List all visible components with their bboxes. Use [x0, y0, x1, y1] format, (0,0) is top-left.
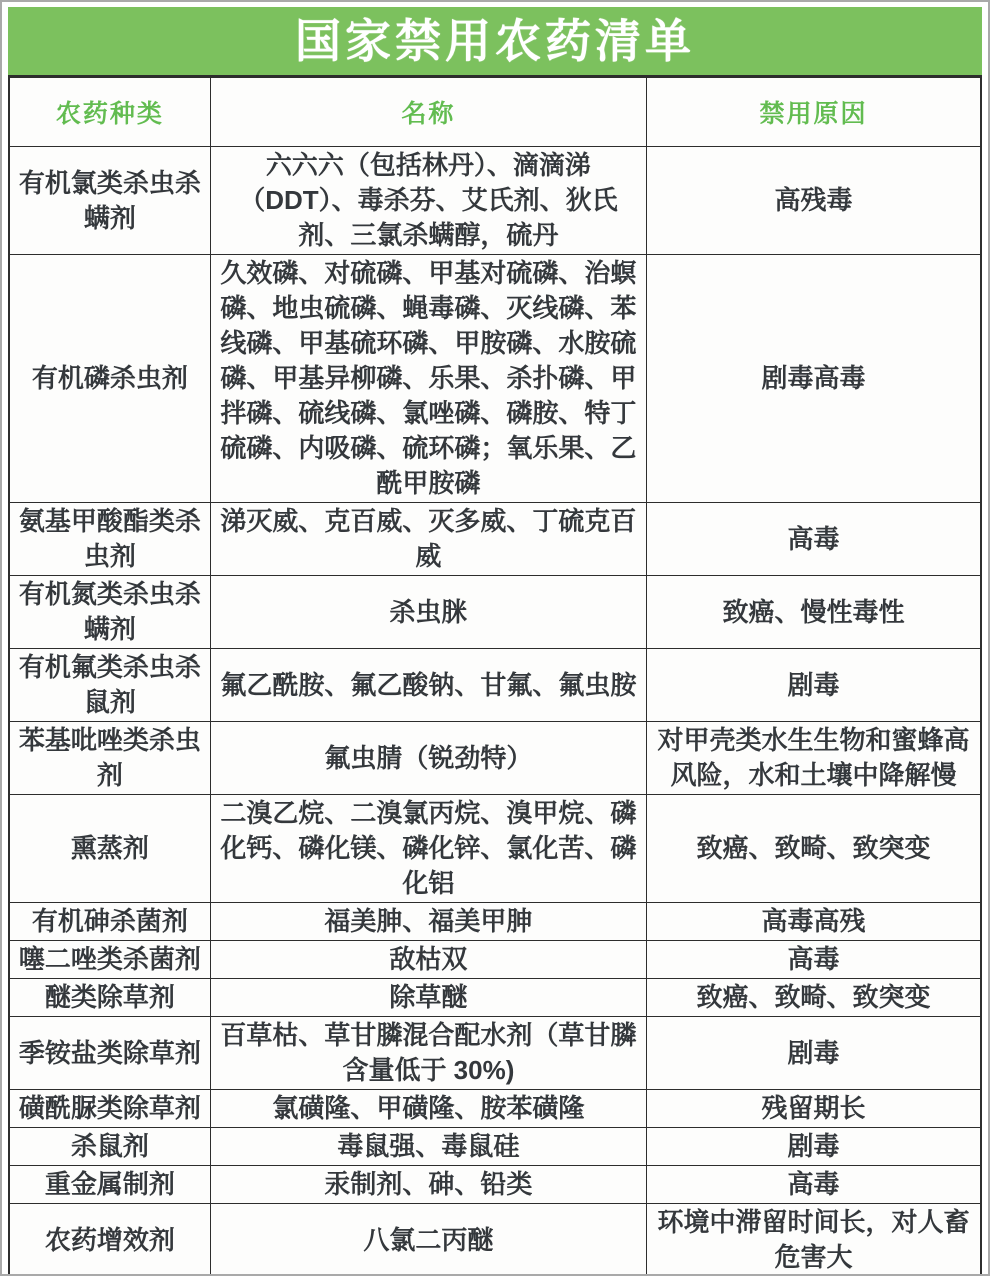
pesticide-type-cell: 氨基甲酸酯类杀虫剂: [9, 503, 210, 576]
ban-reason-cell: 高残毒: [647, 147, 981, 255]
pesticide-names-cell: 福美胂、福美甲胂: [210, 903, 646, 941]
banned-pesticides-table: 农药种类 名称 禁用原因 有机氯类杀虫杀螨剂 六六六（包括林丹）、滴滴涕（DDT…: [8, 75, 982, 1276]
pesticide-names-cell: 氟乙酰胺、氟乙酸钠、甘氟、氟虫胺: [210, 649, 646, 722]
pesticide-type-cell: 重金属制剂: [9, 1166, 210, 1204]
pesticide-type-cell: 噻二唑类杀菌剂: [9, 941, 210, 979]
ban-reason-cell: 致癌、慢性毒性: [647, 576, 981, 649]
ban-reason-cell: 致癌、致畸、致突变: [647, 795, 981, 903]
pesticide-type-cell: 农药增效剂: [9, 1204, 210, 1276]
pesticide-type-cell: 杀鼠剂: [9, 1128, 210, 1166]
ban-reason-cell: 对甲壳类水生生物和蜜蜂高风险，水和土壤中降解慢: [647, 722, 981, 795]
ban-reason-cell: 致癌、致畸、致突变: [647, 979, 981, 1017]
ban-reason-cell: 高毒高残: [647, 903, 981, 941]
table-row: 重金属制剂 汞制剂、砷、铅类 高毒: [9, 1166, 981, 1204]
ban-reason-cell: 环境中滞留时间长，对人畜危害大: [647, 1204, 981, 1276]
table-row: 农药增效剂 八氯二丙醚 环境中滞留时间长，对人畜危害大: [9, 1204, 981, 1276]
pesticide-names-cell: 氟虫腈（锐劲特）: [210, 722, 646, 795]
table-row: 磺酰脲类除草剂 氯磺隆、甲磺隆、胺苯磺隆 残留期长: [9, 1090, 981, 1128]
table-row: 有机氮类杀虫杀螨剂 杀虫脒 致癌、慢性毒性: [9, 576, 981, 649]
document-page: 国家禁用农药清单 农药种类 名称 禁用原因 有机氯类杀虫杀螨剂 六六六（包括林丹…: [0, 0, 990, 1276]
pesticide-names-cell: 敌枯双: [210, 941, 646, 979]
pesticide-names-cell: 百草枯、草甘膦混合配水剂（草甘膦含量低于 30%): [210, 1017, 646, 1090]
page-title: 国家禁用农药清单: [295, 18, 695, 64]
column-header-ban-reason: 禁用原因: [647, 77, 981, 147]
pesticide-names-cell: 八氯二丙醚: [210, 1204, 646, 1276]
pesticide-type-cell: 有机砷杀菌剂: [9, 903, 210, 941]
table-row: 季铵盐类除草剂 百草枯、草甘膦混合配水剂（草甘膦含量低于 30%) 剧毒: [9, 1017, 981, 1090]
pesticide-names-cell: 除草醚: [210, 979, 646, 1017]
ban-reason-cell: 剧毒高毒: [647, 255, 981, 503]
pesticide-names-cell: 毒鼠强、毒鼠硅: [210, 1128, 646, 1166]
pesticide-names-cell: 氯磺隆、甲磺隆、胺苯磺隆: [210, 1090, 646, 1128]
ban-reason-cell: 剧毒: [647, 1017, 981, 1090]
table-row: 熏蒸剂 二溴乙烷、二溴氯丙烷、溴甲烷、磷化钙、磷化镁、磷化锌、氯化苦、磷化铝 致…: [9, 795, 981, 903]
table-row: 苯基吡唑类杀虫剂 氟虫腈（锐劲特） 对甲壳类水生生物和蜜蜂高风险，水和土壤中降解…: [9, 722, 981, 795]
pesticide-names-cell: 六六六（包括林丹）、滴滴涕（DDT）、毒杀芬、艾氏剂、狄氏剂、三氯杀螨醇，硫丹: [210, 147, 646, 255]
pesticide-names-cell: 久效磷、对硫磷、甲基对硫磷、治螟磷、地虫硫磷、蝇毒磷、灭线磷、苯线磷、甲基硫环磷…: [210, 255, 646, 503]
table-row: 有机氟类杀虫杀鼠剂 氟乙酰胺、氟乙酸钠、甘氟、氟虫胺 剧毒: [9, 649, 981, 722]
table-row: 噻二唑类杀菌剂 敌枯双 高毒: [9, 941, 981, 979]
pesticide-names-cell: 二溴乙烷、二溴氯丙烷、溴甲烷、磷化钙、磷化镁、磷化锌、氯化苦、磷化铝: [210, 795, 646, 903]
column-header-pesticide-type: 农药种类: [9, 77, 210, 147]
table-row: 醚类除草剂 除草醚 致癌、致畸、致突变: [9, 979, 981, 1017]
table-row: 有机砷杀菌剂 福美胂、福美甲胂 高毒高残: [9, 903, 981, 941]
ban-reason-cell: 剧毒: [647, 1128, 981, 1166]
pesticide-type-cell: 有机氯类杀虫杀螨剂: [9, 147, 210, 255]
column-header-name: 名称: [210, 77, 646, 147]
ban-reason-cell: 剧毒: [647, 649, 981, 722]
pesticide-type-cell: 有机氟类杀虫杀鼠剂: [9, 649, 210, 722]
pesticide-type-cell: 苯基吡唑类杀虫剂: [9, 722, 210, 795]
pesticide-type-cell: 季铵盐类除草剂: [9, 1017, 210, 1090]
pesticide-names-cell: 汞制剂、砷、铅类: [210, 1166, 646, 1204]
pesticide-type-cell: 熏蒸剂: [9, 795, 210, 903]
pesticide-type-cell: 醚类除草剂: [9, 979, 210, 1017]
table-row: 有机氯类杀虫杀螨剂 六六六（包括林丹）、滴滴涕（DDT）、毒杀芬、艾氏剂、狄氏剂…: [9, 147, 981, 255]
ban-reason-cell: 残留期长: [647, 1090, 981, 1128]
ban-reason-cell: 高毒: [647, 941, 981, 979]
table-row: 有机磷杀虫剂 久效磷、对硫磷、甲基对硫磷、治螟磷、地虫硫磷、蝇毒磷、灭线磷、苯线…: [9, 255, 981, 503]
ban-reason-cell: 高毒: [647, 1166, 981, 1204]
pesticide-type-cell: 磺酰脲类除草剂: [9, 1090, 210, 1128]
ban-reason-cell: 高毒: [647, 503, 981, 576]
table-row: 杀鼠剂 毒鼠强、毒鼠硅 剧毒: [9, 1128, 981, 1166]
pesticide-names-cell: 涕灭威、克百威、灭多威、丁硫克百威: [210, 503, 646, 576]
pesticide-names-cell: 杀虫脒: [210, 576, 646, 649]
pesticide-type-cell: 有机氮类杀虫杀螨剂: [9, 576, 210, 649]
title-banner: 国家禁用农药清单: [8, 7, 982, 75]
table-header-row: 农药种类 名称 禁用原因: [9, 77, 981, 147]
table-row: 氨基甲酸酯类杀虫剂 涕灭威、克百威、灭多威、丁硫克百威 高毒: [9, 503, 981, 576]
pesticide-type-cell: 有机磷杀虫剂: [9, 255, 210, 503]
